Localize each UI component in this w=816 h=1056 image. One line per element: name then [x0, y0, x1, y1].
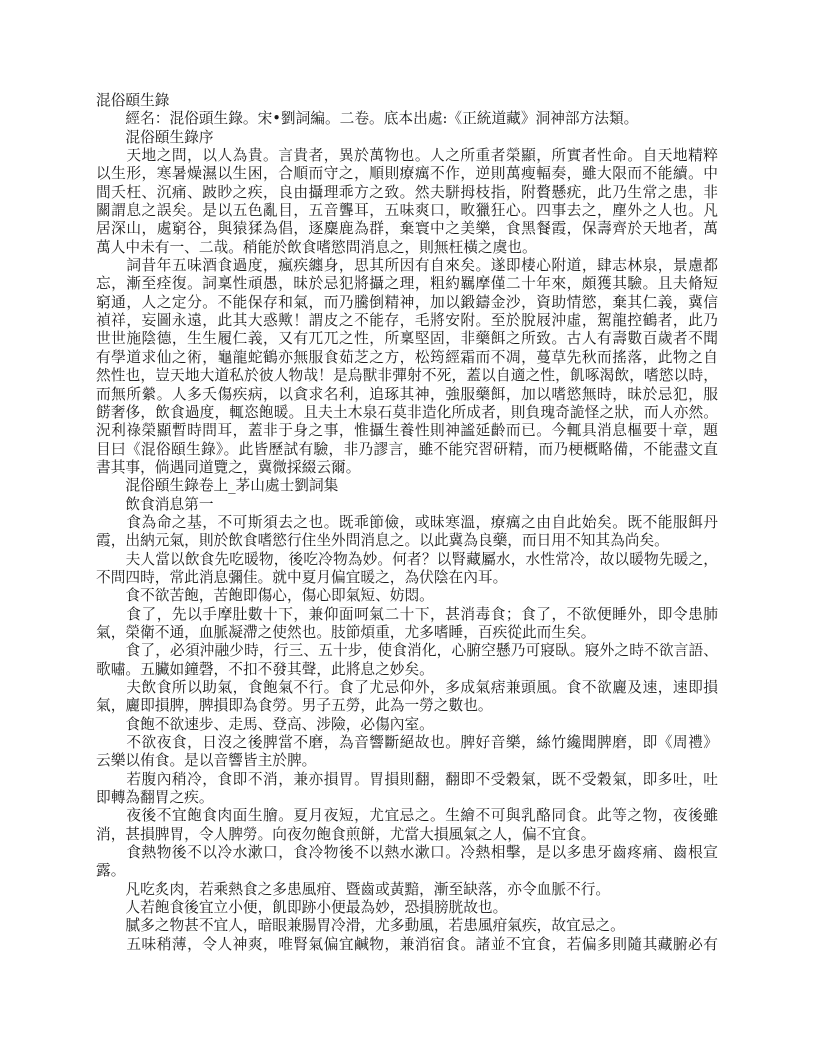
text-line: 夫飲食所以助氣，食飽氣不行。食了尤忌仰外，多成氣痞兼頭風。食不欲廲及速，速即損 [96, 679, 718, 697]
text-line: 混俗頤生錄卷上_茅山處士劉詞集 [96, 477, 718, 495]
text-line: 消，甚損脾胃，令人脾勞。向夜勿飽食煎餅，尤當大損風氣之人，偏不宜食。 [96, 826, 718, 844]
text-line: 食飽不欲速步、走馬、登高、涉險，必傷內室。 [96, 716, 718, 734]
text-line: 霞，出納元氣，則於飲食嗜慾行住坐外問消息之。以此冀為良藥，而日用不知其為尚矣。 [96, 532, 718, 550]
text-line: 混俗頤生錄 [96, 92, 718, 110]
text-line: 不欲夜食，日沒之後脾當不磨，為音響斷絕故也。脾好音樂，絲竹纔聞脾磨，即《周禮》 [96, 734, 718, 752]
text-line: 夫人當以飲食先吃暖物，後吃冷物為妙。何者？以腎藏屬水，水性常冷，故以暖物先暖之， [96, 551, 718, 569]
text-line: 飲食消息第一 [96, 496, 718, 514]
text-line: 忘，漸至痊復。詞稟性頑愚，昧於忌犯將攝之理，粗約羈摩僅二十年來，頗獲其驗。且夫脩… [96, 275, 718, 293]
text-line: 食了，必須沖融少時，行三、五十步，使食消化，心腑空懸乃可寢臥。寢外之時不欲言語、 [96, 642, 718, 660]
document-page: 混俗頤生錄 經名：混俗頭生錄。宋•劉詞編。二卷。底本出處:《正統道藏》洞神部方法… [0, 0, 816, 1056]
text-line: 萬人中未有一、二哉。稍能於飲食嗜慾問消息之，則無枉橫之虞也。 [96, 239, 718, 257]
text-line: 歌嘯。五臟如鐘磬，不扣不發其聲，此將息之妙矣。 [96, 661, 718, 679]
text-line: 云樂以侑食。是以音響皆主於脾。 [96, 752, 718, 770]
text-line: 人若飽食後宜立小便，飢即跡小便最為妙，恐損膀胱故也。 [96, 899, 718, 917]
text-line: 食了，先以手摩肚數十下，兼仰面呵氣二十下，甚消毒食；食了，不欲便睡外，即令患肺 [96, 606, 718, 624]
text-line: 詞昔年五味酒食過度，瘋疾纏身，思其所因有自來矣。遂即棲心附道，肆志林泉，景慮都 [96, 257, 718, 275]
text-line: 書其事，倘遇同道覽之，冀微採綴云爾。 [96, 459, 718, 477]
text-line: 混俗頤生錄序 [96, 129, 718, 147]
text-line: 夜後不宜飽食肉面生膾。夏月夜短，尤宜忌之。生繪不可與乳酪同食。此等之物，夜後雖 [96, 807, 718, 825]
text-line: 露。 [96, 862, 718, 880]
text-line: 膩多之物甚不宜人，暗眼兼腸胃冷滑，尤多動風，若患風疳氣疾，故宜忌之。 [96, 917, 718, 935]
text-line: 天地之問，以人為貴。言貴者，異於萬物也。人之所重者榮顯，所實者性命。自天地精粹 [96, 147, 718, 165]
text-line: 窮通，人之定分。不能保存和氣，而乃騰倒精神，加以鍛鑄金沙，資助情慾，棄其仁義，冀… [96, 294, 718, 312]
text-line: 間夭枉、沉痛、跛眇之疾，良由攝理乖方之致。然夫駢拇枝指，附贅懸疣，此乃生常之患，… [96, 184, 718, 202]
text-line: 居深山，處窮谷，與猿猱為倡，逐麋鹿為群，棄寰中之美樂，食黑餐霞，保壽齊於天地者，… [96, 220, 718, 238]
text-line: 凡吃炙肉，若乘熱食之多患風疳、暨齒或黃黯，漸至缺落，亦令血脈不行。 [96, 881, 718, 899]
text-line: 況利祿榮顯暫時問耳，蓋非于身之事，惟攝生養性則神謐延齡而已。今輒具消息樞要十章，… [96, 422, 718, 440]
text-line: 經名：混俗頭生錄。宋•劉詞編。二卷。底本出處:《正統道藏》洞神部方法類。 [96, 110, 718, 128]
text-line: 不問四時，常此消息彌佳。就中夏月偏宜暖之，為伏陰在內耳。 [96, 569, 718, 587]
text-line: 而無所縈。人多夭傷疾病，以貪求名利，追琢其神，強服藥餌，加以嗜慾無時，昧於忌犯，… [96, 386, 718, 404]
text-line: 餝奢侈，飲食過度，輒恣飽暖。且夫土木泉石莫非造化所成者，則負瑰奇詭怪之狀，而人亦… [96, 404, 718, 422]
text-line: 即轉為翻胃之疾。 [96, 789, 718, 807]
text-line: 若腹內稍冷，食即不消，兼亦損胃。胃損則翻，翻即不受穀氣，既不受穀氣，即多吐，吐 [96, 771, 718, 789]
text-line: 以生形，寒暑燥濕以生困，合順而守之，順則療癘不作，逆則萬瘦輻奏，雖大限而不能續。… [96, 165, 718, 183]
text-line: 有學道求仙之術，龜龍蛇鶴亦無服食茹芝之方，松筠經霜而不凋，蔓草先秋而搖落，此物之… [96, 349, 718, 367]
document-text: 混俗頤生錄 經名：混俗頭生錄。宋•劉詞編。二卷。底本出處:《正統道藏》洞神部方法… [96, 92, 718, 954]
text-line: 禎祥，妄圖永遠，此其大惑歟！謂皮之不能存，毛將安附。至於脫屐沖虛，駕龍控鶴者，此… [96, 312, 718, 330]
text-line: 然性也，豈天地大道私於彼人物哉！是烏獸非彈射不死，蓋以自適之性，飢啄渴飲，嗜慾以… [96, 367, 718, 385]
text-line: 目曰《混俗頤生錄》。此皆歷試有驗，非乃謬言，雖不能究習研精，而乃梗概略備，不能盡… [96, 441, 718, 459]
text-line: 食不欲苦飽，苦飽即傷心，傷心即氣短、妨悶。 [96, 587, 718, 605]
text-line: 氣，榮衛不通，血脈凝滯之使然也。肢節煩重，尤多嗜睡，百疾從此而生矣。 [96, 624, 718, 642]
text-line: 關謂息之誤矣。是以五色亂目，五音聾耳，五味爽口，畋獵狂心。四事去之，塵外之人也。… [96, 202, 718, 220]
text-line: 世世施陰德，生生履仁義，又有兀兀之性，所稟堅固，非藥餌之所致。古人有壽數百歲者不… [96, 330, 718, 348]
text-line: 五味稍薄，令人神爽，唯腎氣偏宜鹹物，兼消宿食。諸並不宜食，若偏多則隨其藏腑必有 [96, 936, 718, 954]
text-line: 食熱物後不以冷水漱口，食冷物後不以熱水漱口。冷熱相擊，是以多患牙齒疼痛、齒根宣 [96, 844, 718, 862]
text-line: 食為命之基，不可斯須去之也。既乖節儉，或昧寒溫，療癘之由自此始矣。既不能服餌丹 [96, 514, 718, 532]
text-line: 氣，廲即損脾，脾損即為食勞。男子五勞，此為一勞之數也。 [96, 697, 718, 715]
